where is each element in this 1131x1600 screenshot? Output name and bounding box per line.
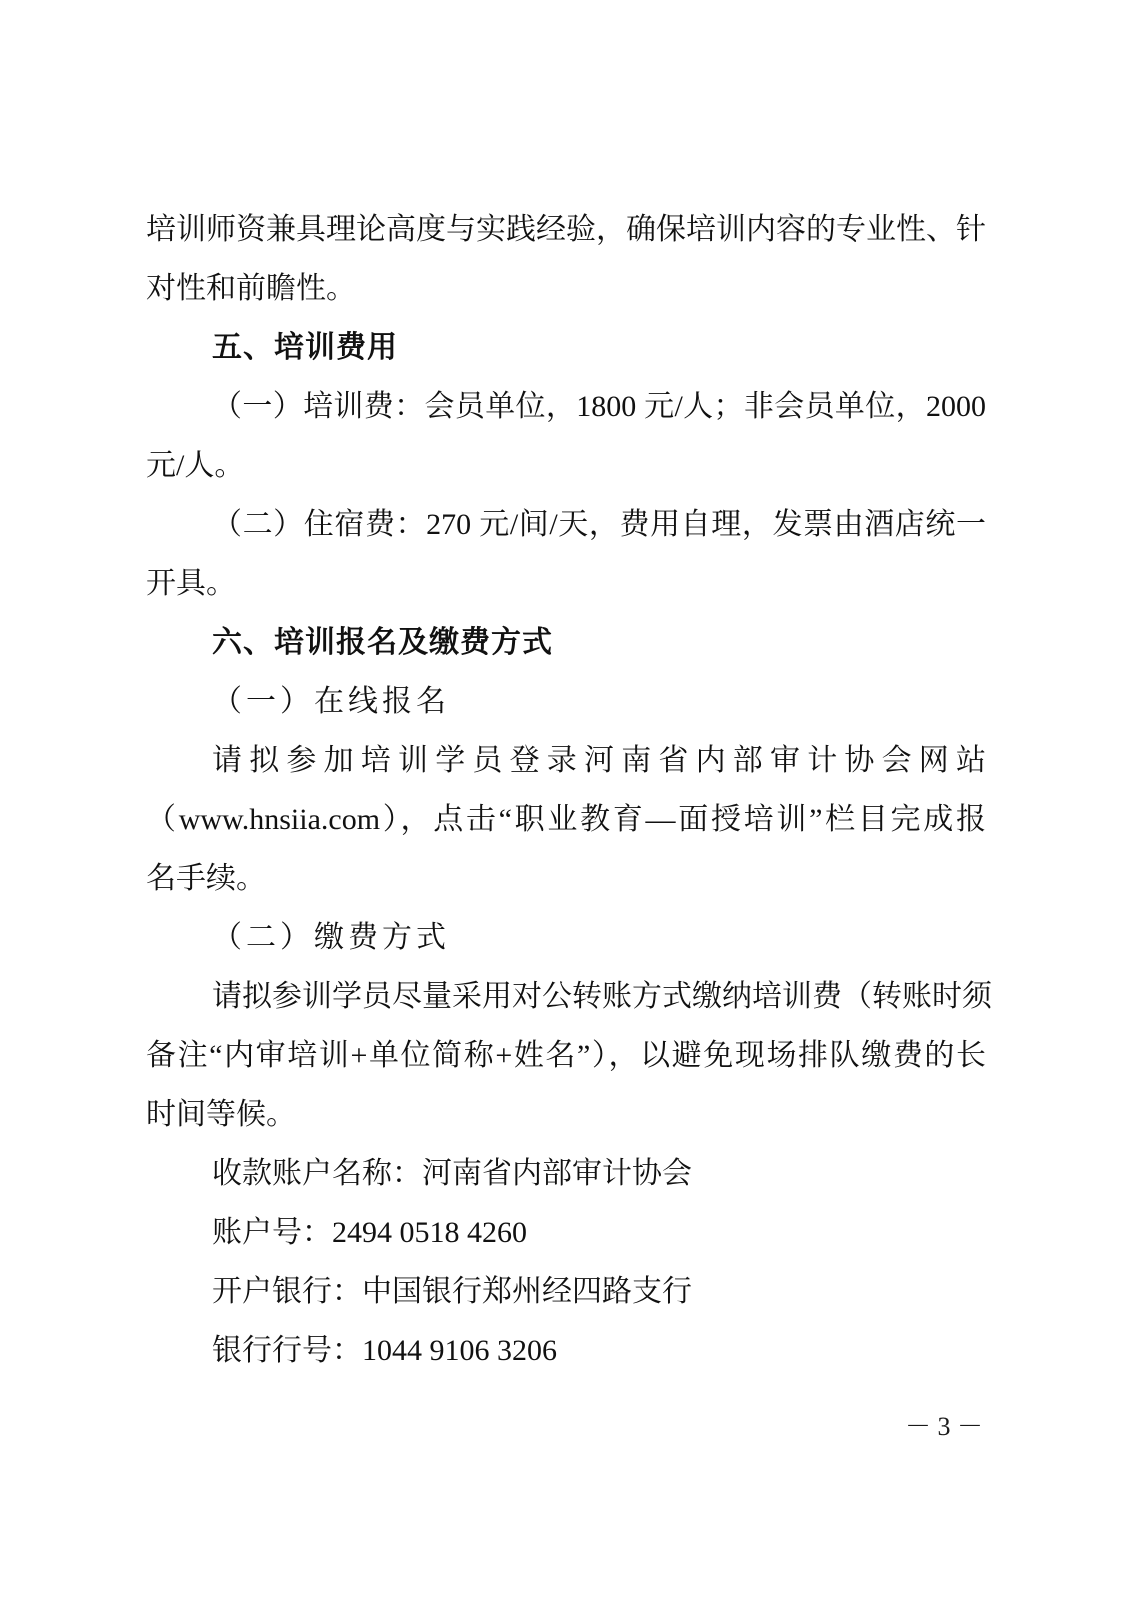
intro-line-2: 对性和前瞻性。	[146, 259, 986, 318]
registration-para-line-3: 名手续。	[146, 849, 986, 908]
online-registration-subheading: （一）在线报名	[146, 672, 986, 731]
payment-para-line-2: 备注“内审培训+单位简称+姓名”），以避免现场排队缴费的长	[146, 1026, 986, 1085]
section6-heading: 六、培训报名及缴费方式	[146, 613, 986, 672]
account-number: 账户号：2494 0518 4260	[146, 1203, 986, 1262]
fee-item1-line-2: 元/人。	[146, 436, 986, 495]
account-bank-code: 银行行号：1044 9106 3206	[146, 1321, 986, 1380]
payment-para-line-3: 时间等候。	[146, 1085, 986, 1144]
fee-item2-line-2: 开具。	[146, 554, 986, 613]
page-number: － 3 －	[0, 1406, 1131, 1448]
fee-item1-line-1: （一）培训费：会员单位，1800 元/人；非会员单位，2000	[146, 377, 986, 436]
document-body: 培训师资兼具理论高度与实践经验，确保培训内容的专业性、针 对性和前瞻性。 五、培…	[0, 0, 1131, 1380]
document-page: 培训师资兼具理论高度与实践经验，确保培训内容的专业性、针 对性和前瞻性。 五、培…	[0, 0, 1131, 1600]
registration-para-line-2: （www.hnsiia.com），点击“职业教育—面授培训”栏目完成报	[146, 790, 986, 849]
payment-method-subheading: （二）缴费方式	[146, 908, 986, 967]
account-bank: 开户银行：中国银行郑州经四路支行	[146, 1262, 986, 1321]
account-name: 收款账户名称：河南省内部审计协会	[146, 1144, 986, 1203]
payment-para-line-1: 请拟参训学员尽量采用对公转账方式缴纳培训费（转账时须	[146, 967, 986, 1026]
intro-line-1: 培训师资兼具理论高度与实践经验，确保培训内容的专业性、针	[146, 200, 986, 259]
fee-item2-line-1: （二）住宿费：270 元/间/天，费用自理，发票由酒店统一	[146, 495, 986, 554]
registration-para-line-1: 请拟参加培训学员登录河南省内部审计协会网站	[146, 731, 986, 790]
section5-heading: 五、培训费用	[146, 318, 986, 377]
